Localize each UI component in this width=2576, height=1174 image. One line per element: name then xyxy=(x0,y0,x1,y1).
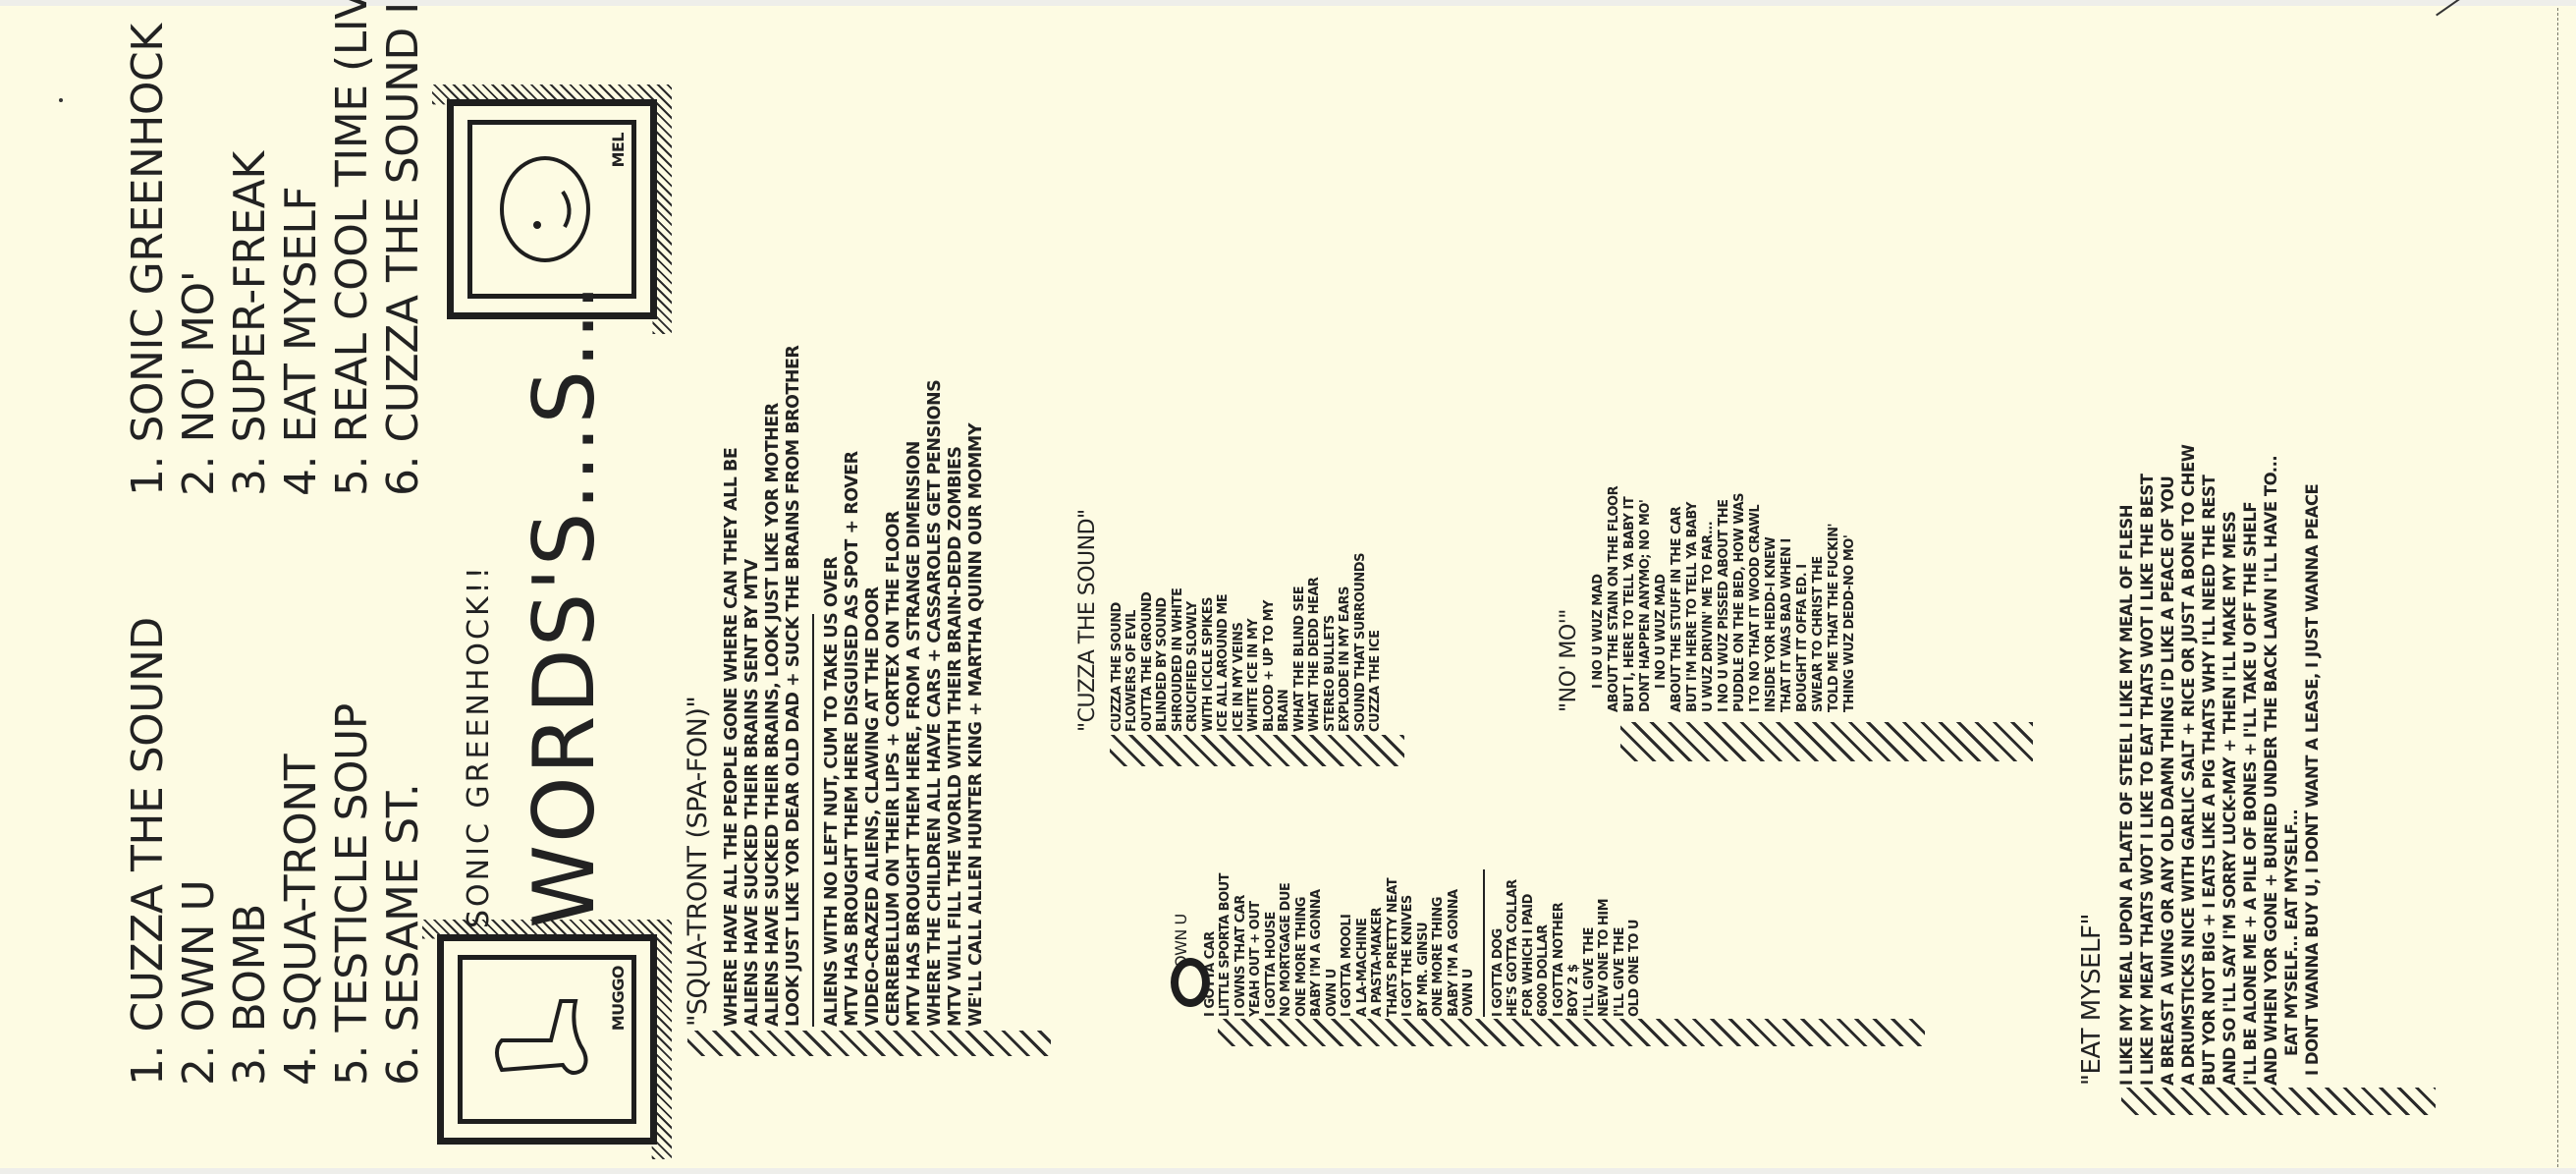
lyric-line: I DONT WANNA BUY U, I DONT WANT A LEASE,… xyxy=(2302,444,2323,1086)
lyric-line: INSIDE YOR HEDD-I KNEW xyxy=(1764,486,1780,712)
lyric-line: LITTLE SPORTA BOUT xyxy=(1218,869,1233,1017)
band-name: SONIC GREENHOCK!! xyxy=(462,319,496,928)
lyric-line: I'LL GIVE THE xyxy=(1582,869,1598,1017)
lyric-line: ABOUT THE STUFF IN THE CAR xyxy=(1670,486,1685,712)
frame-inner: MUGGO xyxy=(458,955,636,1124)
lyric-line: SOUND THAT SURROUNDS xyxy=(1353,509,1369,732)
lyric-line: WHITE ICE IN MY xyxy=(1246,509,1262,732)
lyric-line: 6000 DOLLAR xyxy=(1536,869,1552,1017)
lyric-line: BUT I, HERE TO TELL YA BABY IT xyxy=(1622,486,1638,712)
lyric-line: PUDDLE ON THE BED, HOW WAS xyxy=(1732,486,1748,712)
hatch-shading xyxy=(2121,1088,2436,1115)
lyric-line: ONE MORE THING xyxy=(1294,869,1310,1017)
divider xyxy=(1483,869,1485,1017)
lyric-line: FOR WHICH I PAID xyxy=(1521,869,1537,1017)
lyric-line: BABY I'M A GONNA xyxy=(1447,869,1462,1017)
title-block: SONIC GREENHOCK!! WORDS'S...S... xyxy=(462,319,614,928)
lyric-line: YEAH OUT + OUT xyxy=(1248,869,1264,1017)
lyric-line: OUTTA THE GROUND xyxy=(1140,509,1156,732)
track-item: 6. SESAME ST. xyxy=(378,617,429,1086)
frame-caption: MUGGO xyxy=(609,966,628,1031)
track-item: 2. NO' MO' xyxy=(174,0,225,496)
lyrics-cuzza-the-sound: "CUZZA THE SOUND" CUZZA THE SOUND FLOWER… xyxy=(1080,509,1384,732)
muggo-portrait-frame: MUGGO xyxy=(437,934,657,1145)
lyric-line: NEW ONE TO HIM xyxy=(1597,869,1613,1017)
lyric-line: I NO U WUZ MAD xyxy=(1591,486,1607,712)
lyric-line: I LIKE MY MEAL UPON A PLATE OF STEEL I L… xyxy=(2116,444,2137,1086)
song-title: "CUZZA THE SOUND" xyxy=(1080,509,1096,732)
jcard-canvas: 1. CUZZA THE SOUND 2. OWN U 3. BOMB 4. S… xyxy=(0,0,2576,1174)
lyric-line: BABY I'M A GONNA xyxy=(1309,869,1325,1017)
lyrics-squa-tront: "SQUA-TRONT (SPA-FON)" WHERE HAVE ALL TH… xyxy=(687,346,987,1027)
lyric-line: OWN U xyxy=(1461,869,1477,1017)
lyric-line: AND WHEN YOR GONE + BURIED UNDER THE BAC… xyxy=(2261,444,2281,1086)
lyric-line: NO MORTGAGE DUE xyxy=(1279,869,1294,1017)
lyric-line: SWEAR TO CHRIST THE xyxy=(1811,486,1827,712)
lyric-line: BLOOD + UP TO MY xyxy=(1262,509,1278,732)
lyric-line: ALIENS HAVE SUCKED THEIR BRAINS, LOOK JU… xyxy=(763,346,784,1027)
lyric-line: I GOTTA NOTHER xyxy=(1552,869,1567,1017)
lyric-line: BRAIN xyxy=(1277,509,1292,732)
lyric-line: BUT YOR NOT BIG + I EATS LIKE A PIG THAT… xyxy=(2199,444,2220,1086)
track-item: 1. CUZZA THE SOUND xyxy=(123,617,174,1086)
dog-drawing-icon xyxy=(472,962,620,1109)
lyric-line: WHERE HAVE ALL THE PEOPLE GONE WHERE CAN… xyxy=(722,346,742,1027)
song-title: "SQUA-TRONT (SPA-FON)" xyxy=(687,346,708,1027)
lyric-line: THAT IT WAS BAD WHEN I xyxy=(1780,486,1795,712)
lyric-line: A DRUMSTICKS NICE WITH GARLIC SALT + RIC… xyxy=(2178,444,2199,1086)
lyric-line: WE'LL CALL ALLEN HUNTER KING + MARTHA QU… xyxy=(966,346,987,1027)
lyrics-own-u: OWN U I GOTTA CAR LITTLE SPORTA BOUT I O… xyxy=(1174,869,1643,1017)
lyric-line: BOY 2 $ xyxy=(1566,869,1582,1017)
lyric-line: I GOT THE KNIVES xyxy=(1400,869,1416,1017)
lyric-line: I TO NO THAT IT WOOD CRAWL xyxy=(1748,486,1764,712)
hatch-shading xyxy=(1620,722,2033,761)
lyric-line: WHERE THE CHILDREN ALL HAVE CARS + CASSA… xyxy=(925,346,946,1027)
track-item: 3. SUPER-FREAK xyxy=(225,0,276,496)
lyric-line: WHAT THE BLIND SEE xyxy=(1292,509,1308,732)
lyric-line: I NO U WUZ MAD xyxy=(1654,486,1670,712)
lyric-line: I OWNS THAT CAR xyxy=(1233,869,1249,1017)
lyric-line: DONT HAPPEN ANYMO; NO MO' xyxy=(1638,486,1654,712)
lyric-line: WHAT THE DEDD HEAR xyxy=(1307,509,1323,732)
track-item: 3. BOMB xyxy=(225,617,276,1086)
lyric-line: I GOTTA MOOLI xyxy=(1340,869,1355,1017)
lyric-line: THATS PRETTY NEAT xyxy=(1386,869,1401,1017)
lyric-line: CUZZA THE SOUND xyxy=(1110,509,1125,732)
sun-icon xyxy=(1171,958,1210,1007)
lyric-line: SHROUDED IN WHITE xyxy=(1171,509,1186,732)
page-title: WORDS'S...S... xyxy=(516,319,614,928)
lyric-line: EAT MYSELF... EAT MYSELF... xyxy=(2281,444,2302,1086)
lyric-line: THING WUZ DEDD-NO MO' xyxy=(1842,486,1858,712)
divider xyxy=(812,614,814,1027)
lyric-line: A LA-MACHINE xyxy=(1355,869,1371,1017)
lyric-line: I GOTTA HOUSE xyxy=(1264,869,1280,1017)
lyric-line: FLOWERS OF EVIL xyxy=(1124,509,1140,732)
lyric-line: MTV HAS BROUGHT THEM HERE DISGUISED AS S… xyxy=(843,346,863,1027)
track-item: 6. CUZZA THE SOUND II xyxy=(378,0,429,496)
lyric-line: CUZZA THE ICE xyxy=(1368,509,1384,732)
lyric-line: MTV WILL FILL THE WORLD WITH THEIR BRAIN… xyxy=(946,346,966,1027)
lyric-line: A BREAST A WING OR ANY OLD DAMN THING I'… xyxy=(2158,444,2178,1086)
lyric-line: ALIENS WITH NO LEFT NUT, CUM TO TAKE US … xyxy=(822,346,843,1027)
lyric-line: A PASTA-MAKER xyxy=(1370,869,1386,1017)
lyric-line: TOLD ME THAT THE FUCKIN' xyxy=(1827,486,1842,712)
frame-caption: MEL xyxy=(609,133,628,168)
lyric-line: ABOUT THE STAIN ON THE FLOOR xyxy=(1607,486,1622,712)
hatch-shading xyxy=(1110,735,1404,766)
lyric-line: STEREO BULLETS xyxy=(1323,509,1339,732)
lyric-line: BY MR. GINSU xyxy=(1416,869,1432,1017)
lyric-line: OLD ONE TO U xyxy=(1627,869,1643,1017)
lyrics-eat-myself: "EAT MYSELF" I LIKE MY MEAL UPON A PLATE… xyxy=(2082,444,2323,1086)
lyric-line: I LIKE MY MEAT THATS WOT I LIKE TO EAT T… xyxy=(2137,444,2158,1086)
lyric-line: U WUZ DRIVIN' ME TO FAR... xyxy=(1701,486,1717,712)
lyric-line: I'LL GIVE THE xyxy=(1613,869,1628,1017)
side-b-tracklist: 1. SONIC GREENHOCK 2. NO' MO' 3. SUPER-F… xyxy=(123,0,429,496)
hatch-shading xyxy=(687,1031,1051,1056)
side-a-tracklist: 1. CUZZA THE SOUND 2. OWN U 3. BOMB 4. S… xyxy=(123,617,429,1086)
song-title: "NO' MO'" xyxy=(1562,486,1577,712)
lyric-line: ALIENS HAVE SUCKED THEIR BRAINS SENT BY … xyxy=(742,346,763,1027)
track-item: 5. TESTICLE SOUP xyxy=(327,617,378,1086)
lyric-line: OWN U xyxy=(1325,869,1341,1017)
lyric-line: LOOK JUST LIKE YOR DEAR OLD DAD + SUCK T… xyxy=(784,346,804,1027)
lyric-line: BUT I'M HERE TO TELL YA BABY xyxy=(1685,486,1701,712)
lyric-line: BLINDED BY SOUND xyxy=(1155,509,1171,732)
lyric-line: I'LL BE ALONE ME + A PILE OF BONES + I'L… xyxy=(2240,444,2261,1086)
lyric-line: CRUCIFIED SLOWLY xyxy=(1185,509,1201,732)
lyric-line: AND SO I'LL SAY I'M SORRY LUCK-MAY + THE… xyxy=(2220,444,2240,1086)
lyric-line: MTV HAS BROUGHT THEM HERE, FROM A STRANG… xyxy=(904,346,925,1027)
lyric-line: HE'S GOTTA COLLAR xyxy=(1506,869,1521,1017)
track-item: 5. REAL COOL TIME (LIVE) xyxy=(327,0,378,496)
lyric-line: WITH ICICLE SPIKES xyxy=(1201,509,1217,732)
hatch-shading xyxy=(1218,1019,1925,1046)
song-title: "EAT MYSELF" xyxy=(2082,444,2103,1086)
lyric-line: ICE IN MY VEINS xyxy=(1232,509,1247,732)
track-item: 4. SQUA-TRONT xyxy=(276,617,327,1086)
lyrics-no-mo: "NO' MO'" I NO U WUZ MAD ABOUT THE STAIN… xyxy=(1562,486,1858,712)
lyric-line: I NO U WUZ PISSED ABOUT THE xyxy=(1717,486,1732,712)
track-item: 1. SONIC GREENHOCK xyxy=(123,0,174,496)
lyric-line: EXPLODE IN MY EARS xyxy=(1338,509,1353,732)
face-drawing-icon xyxy=(476,131,624,288)
track-item: 4. EAT MYSELF xyxy=(276,0,327,496)
frame-inner: MEL xyxy=(467,120,636,299)
lyric-line: VIDEO-CRAZED ALIENS, CLAWING AT THE DOOR xyxy=(863,346,884,1027)
lyric-line: ICE ALL AROUND ME xyxy=(1216,509,1232,732)
lyric-line: CERREBELLUM ON THEIR LIPS + CORTEX ON TH… xyxy=(884,346,904,1027)
lyric-line: BOUGHT IT OFFA ED. I xyxy=(1795,486,1811,712)
lyric-line: I GOTTA DOG xyxy=(1491,869,1507,1017)
track-item: 2. OWN U xyxy=(174,617,225,1086)
lyric-line: ONE MORE THING xyxy=(1431,869,1447,1017)
